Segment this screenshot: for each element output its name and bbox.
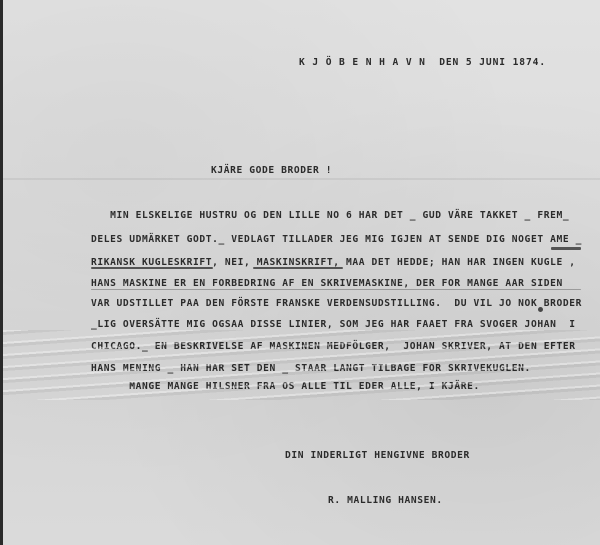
paper-crease (3, 178, 600, 180)
body-line: MIN ELSKELIGE HUSTRU OG DEN LILLE NO 6 H… (91, 210, 569, 221)
ink-spot (538, 307, 543, 312)
body-line: _LIG OVERSÄTTE MIG OGSAA DISSE LINIER, S… (91, 319, 576, 330)
handwritten-underline (91, 267, 213, 269)
handwritten-underline (551, 247, 581, 250)
letter-dateline: K J Ö B E N H A V N DEN 5 JUNI 1874. (299, 57, 546, 68)
handwritten-underline (253, 267, 343, 269)
body-line: VAR UDSTILLET PAA DEN FÖRSTE FRANSKE VER… (91, 298, 582, 309)
letter-page: K J Ö B E N H A V N DEN 5 JUNI 1874. KJÄ… (3, 0, 600, 545)
body-line: CHICAGO._ EN BESKRIVELSE AF MASKINEN MED… (91, 341, 576, 352)
letter-signature: R. MALLING HANSEN. (328, 495, 443, 506)
letter-closing: DIN INDERLIGT HENGIVNE BRODER (285, 450, 470, 461)
body-line: HANS MASKINE ER EN FORBEDRING AF EN SKRI… (91, 278, 563, 289)
letter-greeting: KJÄRE GODE BRODER ! (211, 165, 332, 176)
body-line: HANS MENING _ HAN HAR SET DEN _ STAAR LA… (91, 363, 531, 374)
body-line: MANGE MANGE HILSNER FRA OS ALLE TIL EDER… (91, 381, 480, 392)
pencil-line (91, 289, 581, 290)
body-line: DELES UDMÄRKET GODT._ VEDLAGT TILLADER J… (91, 234, 582, 245)
